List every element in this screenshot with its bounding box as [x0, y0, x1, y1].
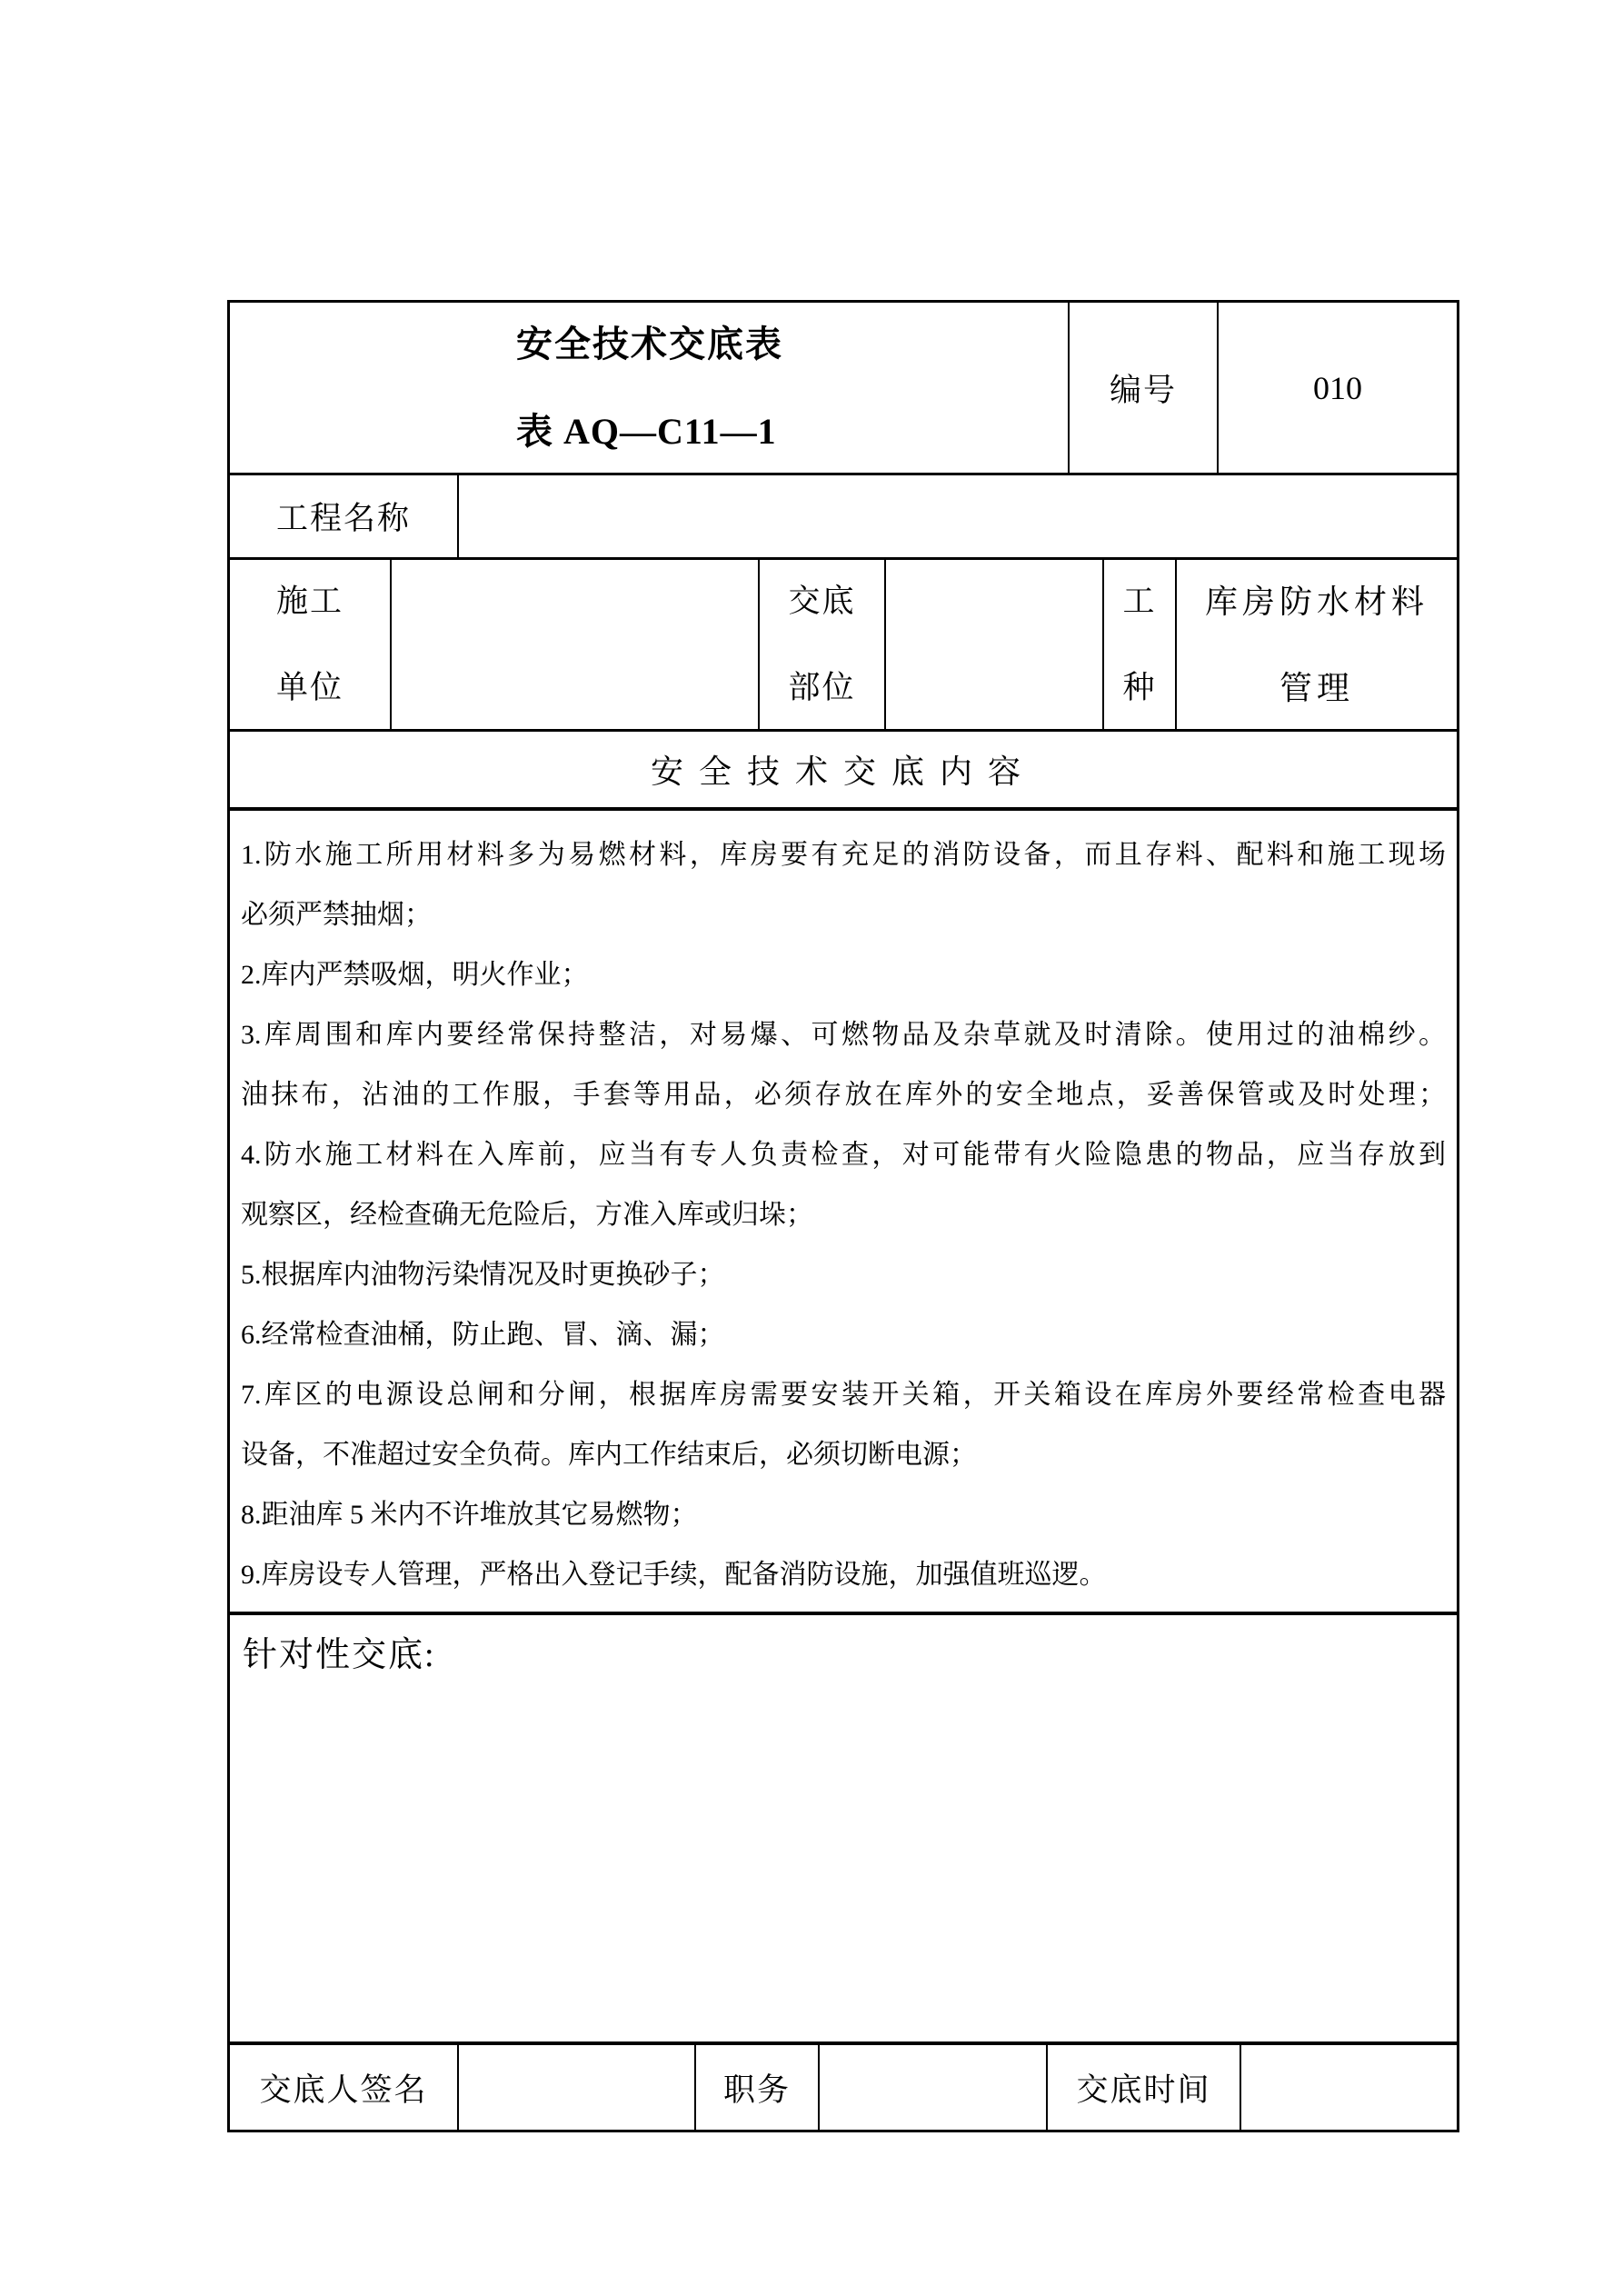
- content-line: 3.库周围和库内要经常保持整洁，对易爆、可燃物品及杂草就及时清除。使用过的油棉纱…: [241, 1005, 1446, 1065]
- info-row: 施工 单位 交底 部位 工 种 库房防水材料 管理: [230, 560, 1457, 732]
- construction-unit-value: [392, 560, 760, 729]
- signer-label: 交底人签名: [230, 2045, 459, 2130]
- content-line: 8.距油库 5 米内不许堆放其它易燃物；: [241, 1485, 1446, 1545]
- targeted-disclosure-label: 针对性交底:: [243, 1635, 1444, 1675]
- signature-row: 交底人签名 职务 交底时间: [230, 2045, 1457, 2130]
- project-name-row: 工程名称: [230, 475, 1457, 560]
- targeted-disclosure-row: 针对性交底:: [230, 1615, 1457, 2045]
- section-title-row: 安全技术交底内容: [230, 732, 1457, 811]
- form-title-cell: 安全技术交底表 表 AQ—C11—1: [230, 303, 1070, 473]
- disclosure-part-label: 交底 部位: [760, 560, 886, 729]
- content-line: 5.根据库内油物污染情况及时更换砂子；: [241, 1245, 1446, 1305]
- number-label: 编号: [1070, 303, 1219, 473]
- construction-unit-label: 施工 单位: [230, 560, 392, 729]
- section-title: 安全技术交底内容: [230, 732, 1457, 807]
- content-line: 必须严禁抽烟；: [241, 885, 1446, 945]
- content-line: 设备，不准超过安全负荷。库内工作结束后，必须切断电源；: [241, 1425, 1446, 1485]
- time-value: [1241, 2045, 1457, 2130]
- content-line: 9.库房设专人管理，严格出入登记手续，配备消防设施，加强值班巡逻。: [241, 1545, 1446, 1605]
- work-type-value: 库房防水材料 管理: [1177, 560, 1457, 729]
- signer-value: [459, 2045, 696, 2130]
- project-name-label: 工程名称: [230, 475, 459, 557]
- content-line: 6.经常检查油桶，防止跑、冒、滴、漏；: [241, 1305, 1446, 1365]
- position-label: 职务: [696, 2045, 820, 2130]
- form-title: 安全技术交底表: [516, 324, 783, 364]
- content-lines: 1.防水施工所用材料多为易燃材料，库房要有充足的消防设备，而且存料、配料和施工现…: [230, 811, 1457, 1612]
- content-line: 4.防水施工材料在入库前，应当有专人负责检查，对可能带有火险隐患的物品，应当存放…: [241, 1125, 1446, 1185]
- content-line: 观察区，经检查确无危险后，方准入库或归垛；: [241, 1185, 1446, 1245]
- disclosure-part-value: [886, 560, 1104, 729]
- number-value: 010: [1219, 303, 1457, 473]
- targeted-disclosure-cell: 针对性交底:: [230, 1615, 1457, 2041]
- position-value: [820, 2045, 1048, 2130]
- work-type-label: 工 种: [1104, 560, 1177, 729]
- content-line: 7.库区的电源设总闸和分闸，根据库房需要安装开关箱，开关箱设在库房外要经常检查电…: [241, 1365, 1446, 1425]
- header-row: 安全技术交底表 表 AQ—C11—1 编号 010: [230, 303, 1457, 475]
- project-name-value: [459, 475, 1457, 557]
- form-code: 表 AQ—C11—1: [516, 412, 777, 452]
- content-line: 油抹布，沾油的工作服，手套等用品，必须存放在库外的安全地点，妥善保管或及时处理；: [241, 1065, 1446, 1125]
- content-row: 1.防水施工所用材料多为易燃材料，库房要有充足的消防设备，而且存料、配料和施工现…: [230, 811, 1457, 1615]
- content-line: 2.库内严禁吸烟，明火作业；: [241, 945, 1446, 1005]
- time-label: 交底时间: [1048, 2045, 1241, 2130]
- content-line: 1.防水施工所用材料多为易燃材料，库房要有充足的消防设备，而且存料、配料和施工现…: [241, 825, 1446, 885]
- document-page: 安全技术交底表 表 AQ—C11—1 编号 010 工程名称 施工 单位 交底 …: [0, 0, 1623, 2296]
- safety-disclosure-form: 安全技术交底表 表 AQ—C11—1 编号 010 工程名称 施工 单位 交底 …: [227, 300, 1459, 2132]
